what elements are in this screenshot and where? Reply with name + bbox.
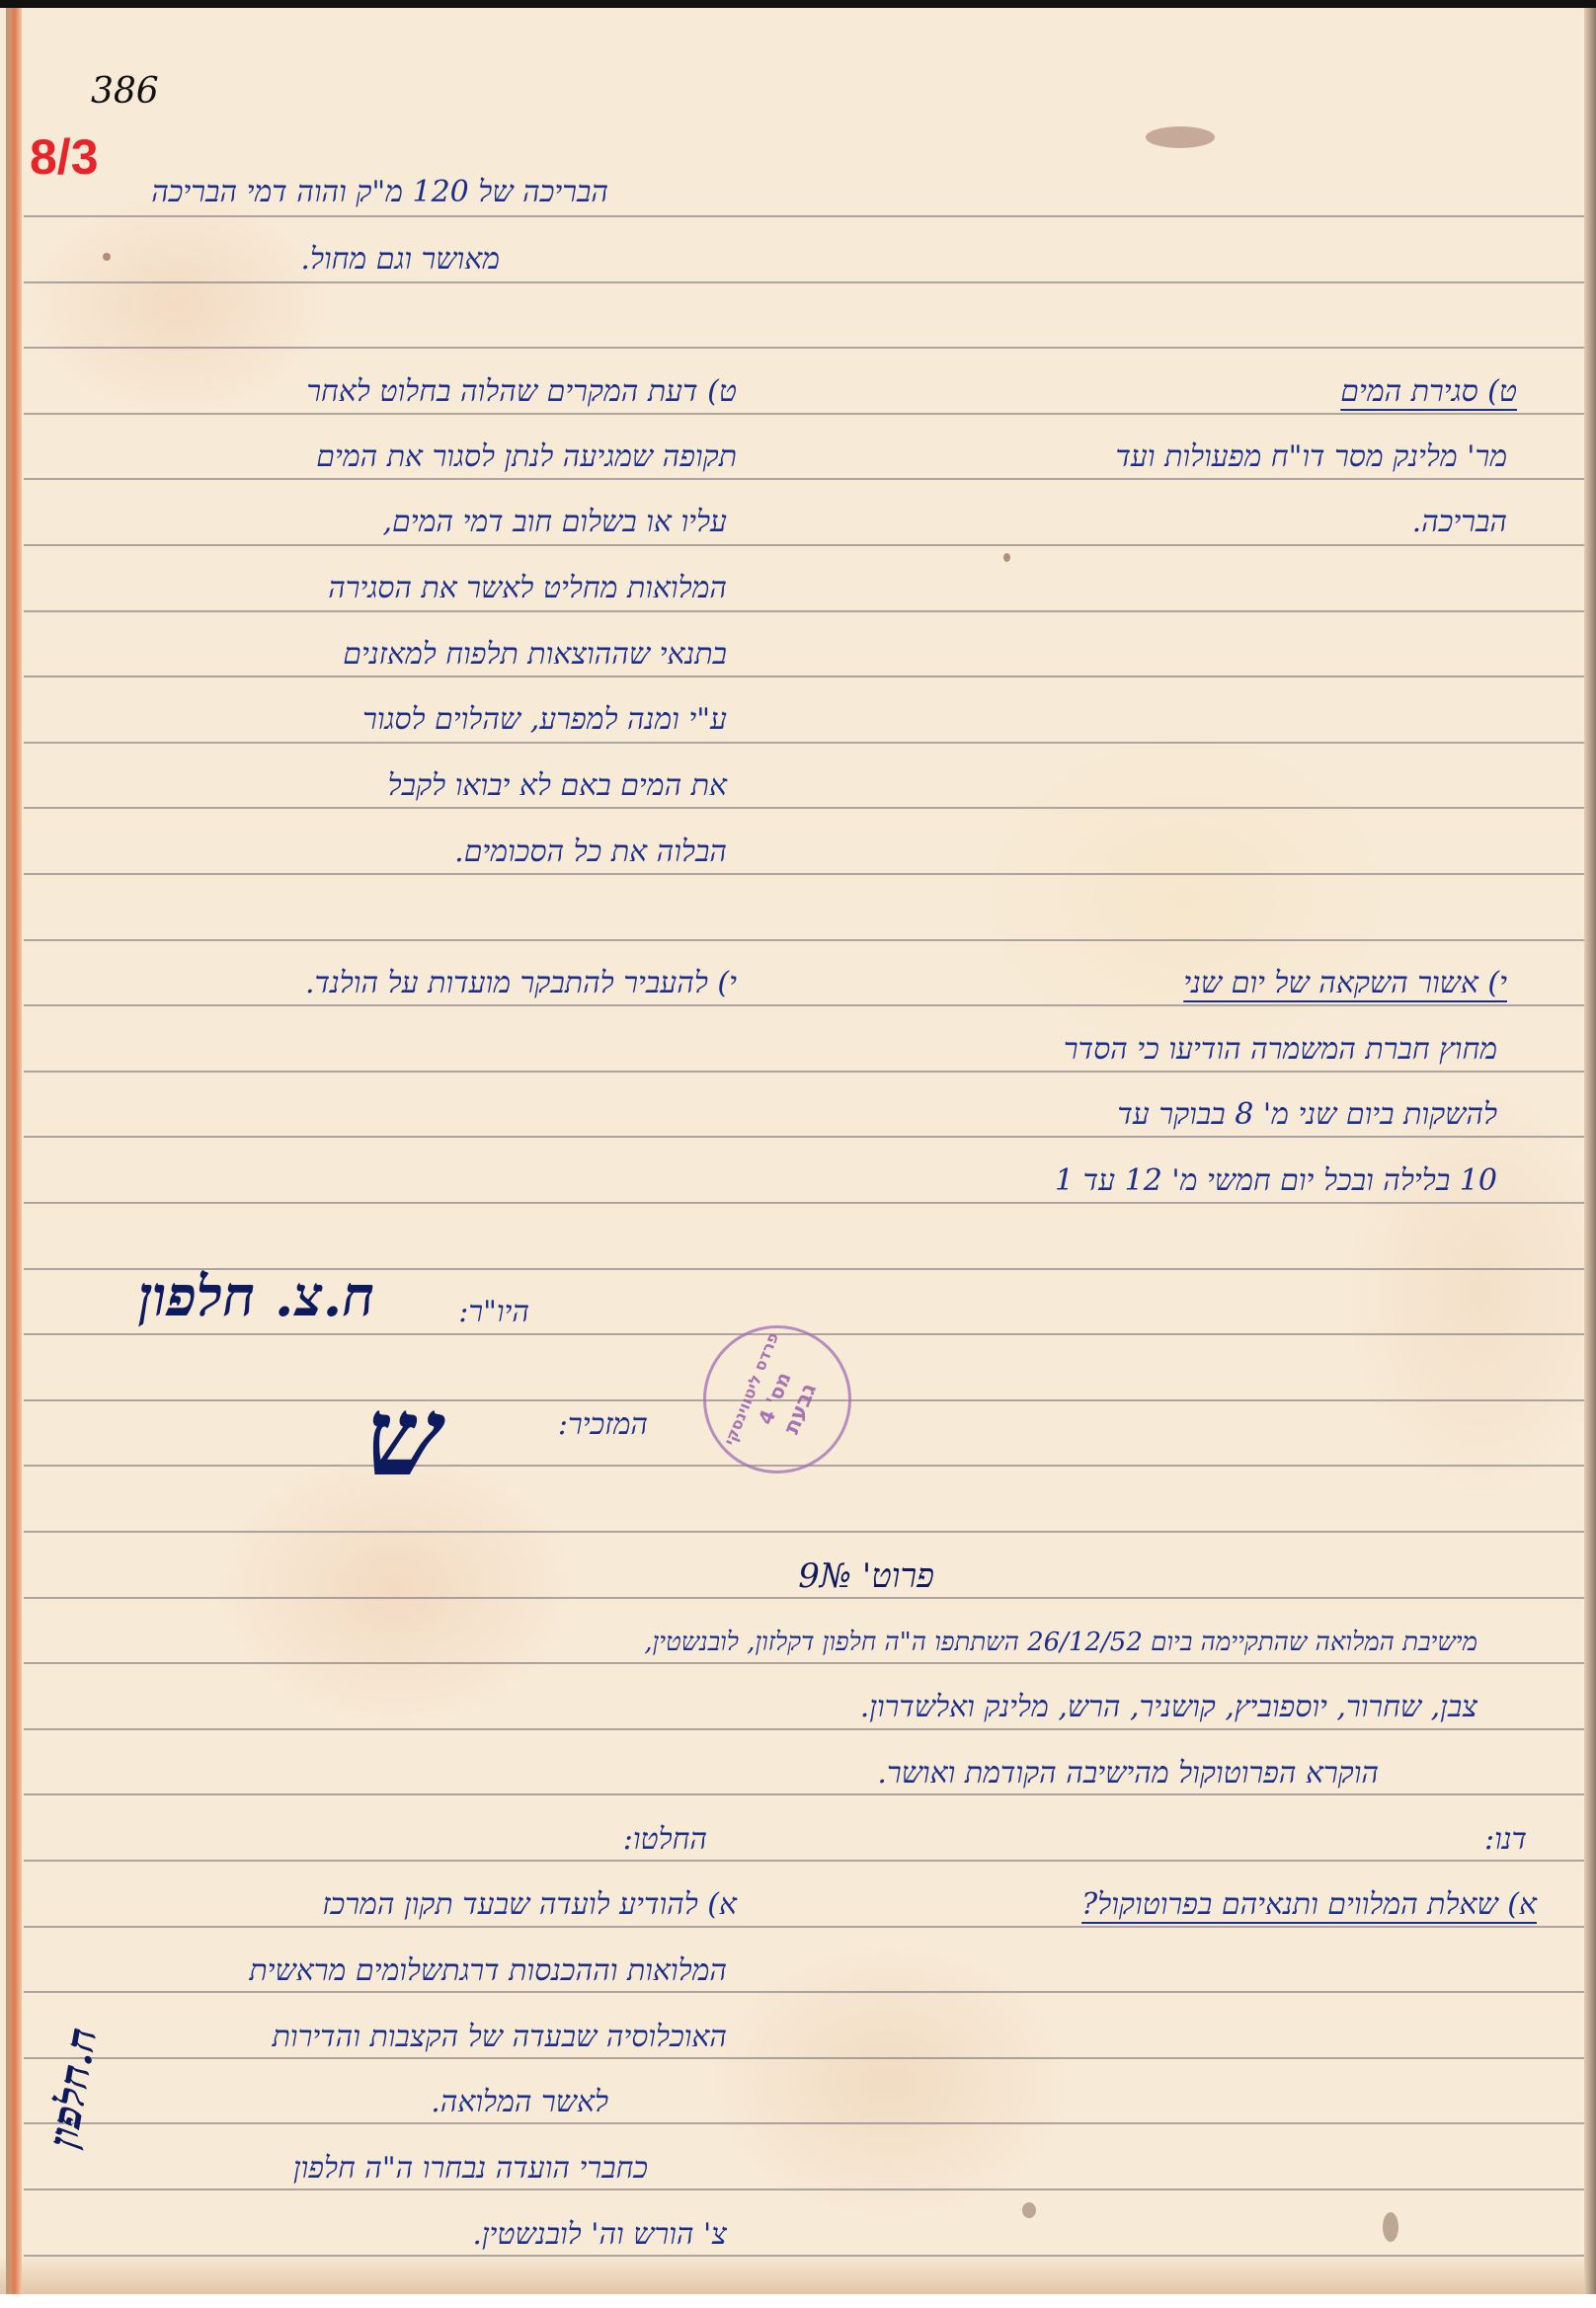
secretary-label: המזכיר: [558,1393,648,1458]
left-item10-line-1: י) להעביר להתבקר מועדות על הולנד. [305,951,737,1016]
discussed-label: דנו: [1484,1807,1527,1872]
chairman-label: היו"ר: [458,1280,529,1345]
ruled-line [24,742,1584,744]
right-item9-line-2: הבריכה. [1412,490,1507,555]
left-item9-line-1: ט) דעת המקרים שהלוה בחלוט לאחר [306,359,737,425]
decided-label: החלטו: [623,1807,707,1872]
decided-item-line-4: לאשר המלואה. [431,2070,608,2135]
protocol-intro-line-1: מישיבת המלואה שהתקיימה ביום 26/12/52 השת… [644,1610,1477,1675]
left-item9-line-6: ע"י ומנה למפרע, שהלוים לסגור [362,687,727,753]
right-item10-heading: י) אשור השקאה של יום שני [1183,951,1507,1016]
protocol-intro-line-3: הוקרא הפרוטוקול מהישיבה הקודמת ואושר. [877,1741,1379,1806]
left-item9-line-3: עליו או בשלום חוב דמי המים, [382,490,727,555]
left-item9-line-8: הבלוה את כל הסכומים. [454,820,727,885]
ink-dot [103,253,111,261]
decided-item-line-1: א) להודיע לועדה שבעד תקון המרכז [322,1872,737,1938]
ruled-line [24,2122,1584,2124]
top-continuation-line-1: הבריכה של 120 מ"ק והוה דמי הבריכה [151,160,608,225]
decided-item-line-3: האוכלוסיה שבעדה של הקצבות והדירות [273,2005,727,2070]
page-number: 386 [91,71,159,112]
page-right-edge [1584,8,1596,2294]
ruled-line [24,2255,1584,2257]
ink-smudge [1146,126,1215,148]
scan-top-border [0,0,1596,8]
protocol-intro-line-2: צבן, שחרור, יוספוביץ, קושניר, הרש, מלינק… [860,1675,1477,1740]
ruled-line [24,807,1584,809]
right-item10-line-3: 10 בלילה ובכל יום חמשי מ' 12 עד 1 [1055,1149,1497,1214]
decided-item-line-2: המלואות וההכנסות דרגתשלומים מראשית [249,1939,727,2004]
discussed-item-a: א) שאלת המלווים ותנאיהם בפרוטוקול? [1081,1872,1537,1938]
closing-line-2: צ' הורש וה' לובנשטין. [472,2202,727,2268]
ruled-line [24,610,1584,612]
ink-dot [1003,553,1010,562]
ruled-line [24,676,1584,677]
ruled-line [24,873,1584,875]
paper-stain [1383,2212,1398,2242]
ruled-line [24,281,1584,283]
ruled-line [24,1531,1584,1533]
ruled-line [24,2189,1584,2190]
left-item9-line-7: את המים באם לא יבואו לקבל [388,754,727,819]
archive-label: 8/3 [30,132,99,182]
ruled-line [24,939,1584,941]
left-item9-line-2: תקופה שמגיעה לנתן לסגור את המים [316,425,737,490]
left-item9-line-5: בתנאי שההוצאות תלפוח למאזנים [343,622,727,687]
left-item9-line-4: המלואות מחליט לאשר את הסגירה [328,556,727,621]
ruled-line [24,544,1584,546]
chairman-signature: ח.צ. חלפון [138,1264,374,1329]
ruled-line [24,1860,1584,1862]
ruled-line [24,347,1584,349]
ruled-line [24,2057,1584,2059]
right-item9-heading: ט) סגירת המים [1340,359,1517,425]
protocol-heading: פרוט' №9 [798,1544,934,1609]
right-item9-line-1: מר' מלינק מסר דו"ח מפעולות ועד [1115,425,1507,490]
top-continuation-line-2: מאושר וגם מחול. [300,227,500,292]
page-binding-edge [6,8,22,2294]
right-item10-line-2: להשקות ביום שני מ' 8 בבוקר עד [1117,1082,1497,1148]
paper-stain [1022,2202,1036,2218]
closing-line-1: כחברי הועדה נבחרו ה"ה חלפון [293,2136,648,2201]
right-item10-line-1: מחוץ חברת המשמרה הודיעו כי הסדר [1064,1017,1497,1082]
secretary-signature: ש [365,1383,442,1491]
